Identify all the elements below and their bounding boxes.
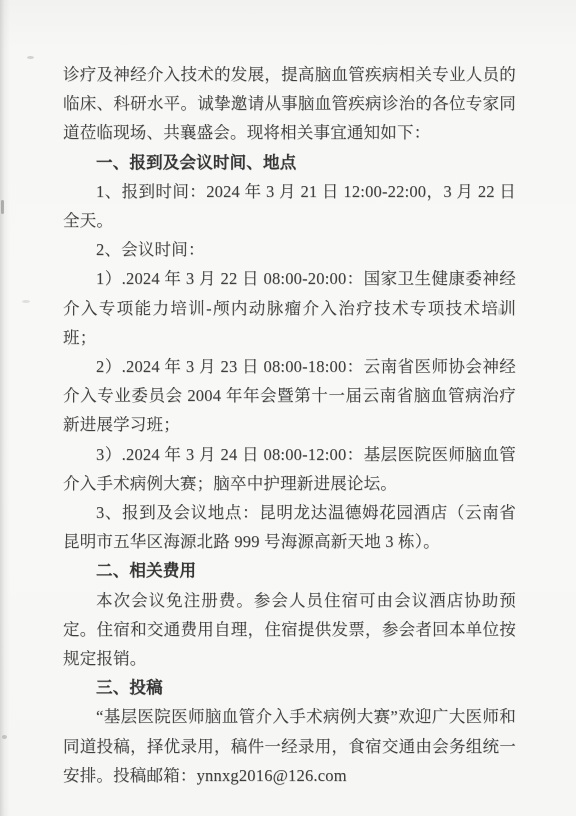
meeting-schedule-item-3: 3）.2024 年 3 月 24 日 08:00-12:00：基层医院医师脑血管… <box>63 440 516 498</box>
section-3-heading: 三、投稿 <box>63 673 516 702</box>
intro-continuation-paragraph: 诊疗及神经介入技术的发展，提高脑血管疾病相关专业人员的临床、科研水平。诚挚邀请从… <box>63 60 516 148</box>
scan-artifact <box>27 56 34 59</box>
scan-artifact <box>2 735 7 739</box>
scanned-document-page: 诊疗及神经介入技术的发展，提高脑血管疾病相关专业人员的临床、科研水平。诚挚邀请从… <box>0 0 576 816</box>
section-1-heading: 一、报到及会议时间、地点 <box>63 148 516 177</box>
scan-left-edge-shadow <box>0 0 10 816</box>
meeting-time-label-paragraph: 2、会议时间： <box>63 235 516 264</box>
submission-paragraph: “基层医院医师脑血管介入手术病例大赛”欢迎广大医师和同道投稿，择优录用，稿件一经… <box>63 702 516 790</box>
scan-artifact <box>1 200 4 214</box>
section-2-heading: 二、相关费用 <box>63 556 516 585</box>
meeting-schedule-item-2: 2）.2024 年 3 月 23 日 08:00-18:00：云南省医师协会神经… <box>63 352 516 440</box>
registration-time-paragraph: 1、报到时间：2024 年 3 月 21 日 12:00-22:00，3 月 2… <box>63 177 516 235</box>
venue-paragraph: 3、报到及会议地点：昆明龙达温德姆花园酒店（云南省昆明市五华区海源北路 999 … <box>63 498 516 556</box>
fees-paragraph: 本次会议免注册费。参会人员住宿可由会议酒店协助预定。住宿和交通费用自理，住宿提供… <box>63 586 516 674</box>
scan-artifact <box>22 300 30 303</box>
document-body: 诊疗及神经介入技术的发展，提高脑血管疾病相关专业人员的临床、科研水平。诚挚邀请从… <box>63 60 516 790</box>
meeting-schedule-item-1: 1）.2024 年 3 月 22 日 08:00-20:00：国家卫生健康委神经… <box>63 264 516 352</box>
